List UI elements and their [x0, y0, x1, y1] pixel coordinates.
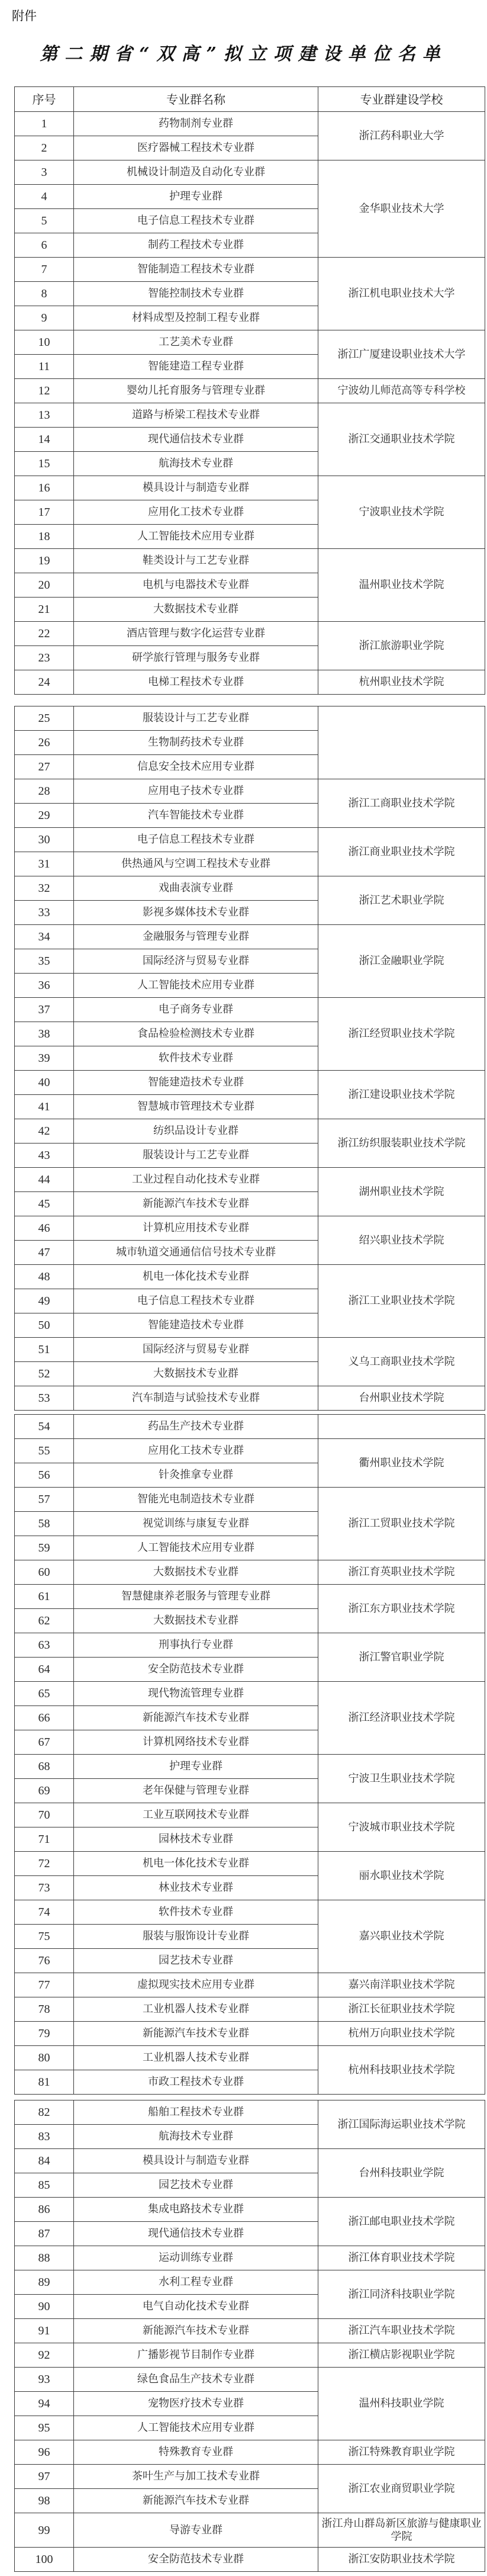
program-group-name: 航海技术专业群	[74, 452, 318, 476]
row-number: 46	[15, 1216, 74, 1241]
table-row: 37电子商务专业群浙江经贸职业技术学院	[15, 998, 485, 1022]
program-group-name: 酒店管理与数字化运营专业群	[74, 622, 318, 646]
table-row: 1药物制剂专业群浙江药科职业大学	[15, 112, 485, 136]
program-group-name: 鞋类设计与工艺专业群	[74, 549, 318, 573]
row-number: 64	[15, 1658, 74, 1682]
program-group-name: 道路与桥梁工程技术专业群	[74, 403, 318, 428]
program-group-name: 人工智能技术应用专业群	[74, 974, 318, 998]
school-name: 绍兴职业技术学院	[318, 1216, 485, 1265]
program-group-name: 国际经济与贸易专业群	[74, 949, 318, 974]
table-row: 16模具设计与制造专业群宁波职业技术学院	[15, 476, 485, 500]
row-number: 62	[15, 1609, 74, 1633]
row-number: 13	[15, 403, 74, 428]
program-group-name: 医疗器械工程技术专业群	[74, 136, 318, 160]
table-row: 99导游专业群浙江舟山群岛新区旅游与健康职业学院	[15, 2513, 485, 2548]
table-row: 84模具设计与制造专业群台州科技职业学院	[15, 2149, 485, 2173]
table-row: 54药品生产技术专业群	[15, 1415, 485, 1439]
school-name: 浙江工业职业技术学院	[318, 1265, 485, 1338]
school-name: 浙江汽车职业技术学院	[318, 2319, 485, 2343]
table-row: 51国际经济与贸易专业群义乌工商职业技术学院	[15, 1338, 485, 1362]
program-group-name: 工业机器人技术专业群	[74, 1997, 318, 2022]
program-group-name: 航海技术专业群	[74, 2125, 318, 2149]
row-number: 54	[15, 1415, 74, 1439]
row-number: 50	[15, 1313, 74, 1338]
school-name: 杭州万向职业技术学院	[318, 2022, 485, 2046]
program-group-name: 现代物流管理专业群	[74, 1682, 318, 1706]
program-group-name: 智能建造技术专业群	[74, 1313, 318, 1338]
table-row: 46计算机应用技术专业群绍兴职业技术学院	[15, 1216, 485, 1241]
row-number: 76	[15, 1949, 74, 1973]
school-name: 浙江同济科技职业学院	[318, 2270, 485, 2319]
program-group-name: 新能源汽车技术专业群	[74, 2319, 318, 2343]
program-group-name: 婴幼儿托育服务与管理专业群	[74, 379, 318, 403]
program-group-name: 电子商务专业群	[74, 998, 318, 1022]
school-table-page-4: 82船舶工程技术专业群浙江国际海运职业技术学院83航海技术专业群84模具设计与制…	[14, 2100, 485, 2572]
row-number: 40	[15, 1071, 74, 1095]
program-group-name: 智能控制技术专业群	[74, 282, 318, 306]
school-name: 杭州科技职业技术学院	[318, 2046, 485, 2095]
program-group-name: 现代通信技术专业群	[74, 2222, 318, 2246]
school-name: 浙江工贸职业技术学院	[318, 1488, 485, 1560]
program-group-name: 软件技术专业群	[74, 1900, 318, 1925]
row-number: 99	[15, 2513, 74, 2548]
row-number: 51	[15, 1338, 74, 1362]
row-number: 80	[15, 2046, 74, 2070]
row-number: 8	[15, 282, 74, 306]
program-group-name: 老年保健与管理专业群	[74, 1779, 318, 1803]
program-group-name: 城市轨道交通通信信号技术专业群	[74, 1241, 318, 1265]
row-number: 63	[15, 1633, 74, 1658]
row-number: 100	[15, 2548, 74, 2572]
school-name: 嘉兴职业技术学院	[318, 1900, 485, 1973]
program-group-name: 虚拟现实技术应用专业群	[74, 1973, 318, 1997]
program-group-name: 工业互联网技术专业群	[74, 1803, 318, 1827]
school-name: 浙江经贸职业技术学院	[318, 998, 485, 1071]
program-group-name: 茶叶生产与加工技术专业群	[74, 2465, 318, 2489]
table-row: 92广播影视节目制作专业群浙江横店影视职业学院	[15, 2343, 485, 2368]
program-group-name: 计算机网络技术专业群	[74, 1730, 318, 1755]
program-group-name: 大数据技术专业群	[74, 1560, 318, 1585]
program-group-name: 软件技术专业群	[74, 1046, 318, 1071]
row-number: 72	[15, 1852, 74, 1876]
row-number: 67	[15, 1730, 74, 1755]
table-row: 3机械设计制造及自动化专业群金华职业技术大学	[15, 160, 485, 185]
row-number: 9	[15, 306, 74, 330]
program-group-name: 材料成型及控制工程专业群	[74, 306, 318, 330]
program-group-name: 大数据技术专业群	[74, 598, 318, 622]
school-name: 浙江特殊教育职业学院	[318, 2440, 485, 2465]
school-name: 湖州职业技术学院	[318, 1168, 485, 1216]
table-row: 57智能光电制造技术专业群浙江工贸职业技术学院	[15, 1488, 485, 1512]
program-group-name: 汽车智能技术专业群	[74, 804, 318, 828]
row-number: 90	[15, 2295, 74, 2319]
program-group-name: 船舶工程技术专业群	[74, 2100, 318, 2125]
table-row: 88运动训练专业群浙江体育职业技术学院	[15, 2246, 485, 2270]
program-group-name: 林业技术专业群	[74, 1876, 318, 1900]
table-row: 10工艺美术专业群浙江广厦建设职业技术大学	[15, 330, 485, 355]
program-group-name: 新能源汽车技术专业群	[74, 1192, 318, 1216]
school-name: 温州科技职业学院	[318, 2368, 485, 2440]
program-group-name: 生物制药技术专业群	[74, 731, 318, 755]
row-number: 95	[15, 2416, 74, 2440]
school-name: 浙江体育职业技术学院	[318, 2246, 485, 2270]
row-number: 30	[15, 828, 74, 852]
table-row: 93绿色食品生产技术专业群温州科技职业学院	[15, 2368, 485, 2392]
row-number: 58	[15, 1512, 74, 1536]
program-group-name: 服装设计与工艺专业群	[74, 1144, 318, 1168]
school-name: 浙江横店影视职业学院	[318, 2343, 485, 2368]
school-name: 宁波城市职业技术学院	[318, 1803, 485, 1852]
table-row: 25服装设计与工艺专业群	[15, 706, 485, 731]
row-number: 57	[15, 1488, 74, 1512]
row-number: 10	[15, 330, 74, 355]
program-group-name: 汽车制造与试验技术专业群	[74, 1386, 318, 1411]
table-row: 53汽车制造与试验技术专业群台州职业技术学院	[15, 1386, 485, 1411]
row-number: 37	[15, 998, 74, 1022]
school-name: 浙江农业商贸职业学院	[318, 2465, 485, 2513]
program-group-name: 服装与服饰设计专业群	[74, 1925, 318, 1949]
attachment-label: 附件	[12, 7, 37, 24]
table-row: 32戏曲表演专业群浙江艺术职业学院	[15, 876, 485, 901]
school-name: 宁波卫生职业技术学院	[318, 1755, 485, 1803]
table-row: 22酒店管理与数字化运营专业群浙江旅游职业学院	[15, 622, 485, 646]
row-number: 1	[15, 112, 74, 136]
row-number: 42	[15, 1119, 74, 1144]
program-group-name: 模具设计与制造专业群	[74, 476, 318, 500]
header-program-group: 专业群名称	[74, 87, 318, 112]
row-number: 56	[15, 1463, 74, 1488]
program-group-name: 人工智能技术应用专业群	[74, 1536, 318, 1560]
row-number: 91	[15, 2319, 74, 2343]
program-group-name: 电气自动化技术专业群	[74, 2295, 318, 2319]
table-row: 74软件技术专业群嘉兴职业技术学院	[15, 1900, 485, 1925]
row-number: 81	[15, 2070, 74, 2095]
row-number: 68	[15, 1755, 74, 1779]
row-number: 7	[15, 258, 74, 282]
school-name: 浙江东方职业技术学院	[318, 1585, 485, 1633]
row-number: 86	[15, 2198, 74, 2222]
row-number: 82	[15, 2100, 74, 2125]
school-name: 浙江商业职业技术学院	[318, 828, 485, 876]
header-number: 序号	[15, 87, 74, 112]
row-number: 18	[15, 525, 74, 549]
row-number: 45	[15, 1192, 74, 1216]
table-row: 61智慧健康养老服务与管理专业群浙江东方职业技术学院	[15, 1585, 485, 1609]
table-row: 65现代物流管理专业群浙江经济职业技术学院	[15, 1682, 485, 1706]
program-group-name: 应用电子技术专业群	[74, 779, 318, 804]
row-number: 38	[15, 1022, 74, 1046]
row-number: 59	[15, 1536, 74, 1560]
program-group-name: 针灸推拿专业群	[74, 1463, 318, 1488]
school-name: 浙江金融职业学院	[318, 925, 485, 998]
school-name: 浙江警官职业学院	[318, 1633, 485, 1682]
row-number: 71	[15, 1827, 74, 1852]
school-name: 浙江邮电职业技术学院	[318, 2198, 485, 2246]
school-name: 浙江交通职业技术学院	[318, 403, 485, 476]
program-group-name: 智能建造技术专业群	[74, 1071, 318, 1095]
program-group-name: 智慧城市管理技术专业群	[74, 1095, 318, 1119]
row-number: 34	[15, 925, 74, 949]
row-number: 23	[15, 646, 74, 670]
row-number: 14	[15, 428, 74, 452]
row-number: 5	[15, 209, 74, 233]
program-group-name: 绿色食品生产技术专业群	[74, 2368, 318, 2392]
school-name: 金华职业技术大学	[318, 160, 485, 258]
school-table-page-3: 54药品生产技术专业群55应用化工技术专业群衢州职业技术学院56针灸推拿专业群5…	[14, 1414, 485, 2095]
program-group-name: 刑事执行专业群	[74, 1633, 318, 1658]
row-number: 73	[15, 1876, 74, 1900]
row-number: 85	[15, 2173, 74, 2198]
row-number: 89	[15, 2270, 74, 2295]
school-name: 浙江艺术职业学院	[318, 876, 485, 925]
table-row: 72机电一体化技术专业群丽水职业技术学院	[15, 1852, 485, 1876]
school-name: 台州职业技术学院	[318, 1386, 485, 1411]
program-group-name: 纺织品设计专业群	[74, 1119, 318, 1144]
program-group-name: 供热通风与空调工程技术专业群	[74, 852, 318, 876]
program-group-name: 机电一体化技术专业群	[74, 1852, 318, 1876]
row-number: 78	[15, 1997, 74, 2022]
row-number: 55	[15, 1439, 74, 1463]
row-number: 24	[15, 670, 74, 695]
school-name: 浙江安防职业技术学院	[318, 2548, 485, 2572]
row-number: 25	[15, 706, 74, 731]
row-number: 28	[15, 779, 74, 804]
table-row: 7智能制造工程技术专业群浙江机电职业技术大学	[15, 258, 485, 282]
row-number: 22	[15, 622, 74, 646]
program-group-name: 工业机器人技术专业群	[74, 2046, 318, 2070]
school-name: 浙江育英职业技术学院	[318, 1560, 485, 1585]
row-number: 21	[15, 598, 74, 622]
school-name: 浙江长征职业技术学院	[318, 1997, 485, 2022]
table-row: 40智能建造技术专业群浙江建设职业技术学院	[15, 1071, 485, 1095]
row-number: 19	[15, 549, 74, 573]
school-name: 衢州职业技术学院	[318, 1439, 485, 1488]
school-name: 嘉兴南洋职业技术学院	[318, 1973, 485, 1997]
program-group-name: 现代通信技术专业群	[74, 428, 318, 452]
table-row: 79新能源汽车技术专业群杭州万向职业技术学院	[15, 2022, 485, 2046]
table-row: 89水利工程专业群浙江同济科技职业学院	[15, 2270, 485, 2295]
table-row: 30电子信息工程技术专业群浙江商业职业技术学院	[15, 828, 485, 852]
program-group-name: 大数据技术专业群	[74, 1362, 318, 1386]
program-group-name: 电子信息工程技术专业群	[74, 1289, 318, 1313]
program-group-name: 智慧健康养老服务与管理专业群	[74, 1585, 318, 1609]
program-group-name: 新能源汽车技术专业群	[74, 1706, 318, 1730]
row-number: 16	[15, 476, 74, 500]
table-row: 96特殊教育专业群浙江特殊教育职业学院	[15, 2440, 485, 2465]
program-group-name: 研学旅行管理与服务专业群	[74, 646, 318, 670]
school-name: 台州科技职业学院	[318, 2149, 485, 2198]
school-name: 浙江机电职业技术大学	[318, 258, 485, 330]
table-row: 42纺织品设计专业群浙江纺织服装职业技术学院	[15, 1119, 485, 1144]
program-group-name: 园林技术专业群	[74, 1827, 318, 1852]
program-group-name: 特殊教育专业群	[74, 2440, 318, 2465]
program-group-name: 导游专业群	[74, 2513, 318, 2548]
table-row: 78工业机器人技术专业群浙江长征职业技术学院	[15, 1997, 485, 2022]
program-group-name: 安全防范技术专业群	[74, 1658, 318, 1682]
row-number: 96	[15, 2440, 74, 2465]
program-group-name: 戏曲表演专业群	[74, 876, 318, 901]
row-number: 11	[15, 355, 74, 379]
row-number: 33	[15, 901, 74, 925]
program-group-name: 园艺技术专业群	[74, 1949, 318, 1973]
row-number: 69	[15, 1779, 74, 1803]
program-group-name: 视觉训练与康复专业群	[74, 1512, 318, 1536]
program-group-name: 国际经济与贸易专业群	[74, 1338, 318, 1362]
program-group-name: 护理专业群	[74, 1755, 318, 1779]
table-row: 13道路与桥梁工程技术专业群浙江交通职业技术学院	[15, 403, 485, 428]
row-number: 15	[15, 452, 74, 476]
program-group-name: 影视多媒体技术专业群	[74, 901, 318, 925]
program-group-name: 模具设计与制造专业群	[74, 2149, 318, 2173]
table-row: 28应用电子技术专业群浙江工商职业技术学院	[15, 779, 485, 804]
row-number: 44	[15, 1168, 74, 1192]
row-number: 35	[15, 949, 74, 974]
row-number: 47	[15, 1241, 74, 1265]
program-group-name: 工艺美术专业群	[74, 330, 318, 355]
row-number: 94	[15, 2392, 74, 2416]
school-name	[318, 1415, 485, 1439]
program-group-name: 安全防范技术专业群	[74, 2548, 318, 2572]
program-group-name: 大数据技术专业群	[74, 1609, 318, 1633]
row-number: 6	[15, 233, 74, 258]
row-number: 4	[15, 185, 74, 209]
program-group-name: 金融服务与管理专业群	[74, 925, 318, 949]
school-name: 浙江广厦建设职业技术大学	[318, 330, 485, 379]
program-group-name: 新能源汽车技术专业群	[74, 2022, 318, 2046]
table-row: 44工业过程自动化技术专业群湖州职业技术学院	[15, 1168, 485, 1192]
row-number: 65	[15, 1682, 74, 1706]
table-row: 68护理专业群宁波卫生职业技术学院	[15, 1755, 485, 1779]
table-row: 55应用化工技术专业群衢州职业技术学院	[15, 1439, 485, 1463]
row-number: 74	[15, 1900, 74, 1925]
header-school: 专业群建设学校	[318, 87, 485, 112]
school-name: 浙江舟山群岛新区旅游与健康职业学院	[318, 2513, 485, 2548]
row-number: 52	[15, 1362, 74, 1386]
row-number: 93	[15, 2368, 74, 2392]
program-group-name: 计算机应用技术专业群	[74, 1216, 318, 1241]
row-number: 66	[15, 1706, 74, 1730]
row-number: 12	[15, 379, 74, 403]
program-group-name: 电子信息工程技术专业群	[74, 209, 318, 233]
row-number: 29	[15, 804, 74, 828]
program-group-name: 电梯工程技术专业群	[74, 670, 318, 695]
program-group-name: 服装设计与工艺专业群	[74, 706, 318, 731]
page-title: 第二期省“双高”拟立项建设单位名单	[0, 39, 487, 65]
row-number: 70	[15, 1803, 74, 1827]
table-row: 12婴幼儿托育服务与管理专业群宁波幼儿师范高等专科学校	[15, 379, 485, 403]
row-number: 53	[15, 1386, 74, 1411]
table-row: 60大数据技术专业群浙江育英职业技术学院	[15, 1560, 485, 1585]
table-row: 24电梯工程技术专业群杭州职业技术学院	[15, 670, 485, 695]
program-group-name: 工业过程自动化技术专业群	[74, 1168, 318, 1192]
table-row: 63刑事执行专业群浙江警官职业学院	[15, 1633, 485, 1658]
program-group-name: 药物制剂专业群	[74, 112, 318, 136]
table-row: 82船舶工程技术专业群浙江国际海运职业技术学院	[15, 2100, 485, 2125]
school-name: 宁波幼儿师范高等专科学校	[318, 379, 485, 403]
row-number: 75	[15, 1925, 74, 1949]
program-group-name: 智能建造工程专业群	[74, 355, 318, 379]
school-name: 丽水职业技术学院	[318, 1852, 485, 1900]
row-number: 2	[15, 136, 74, 160]
table-row: 77虚拟现实技术应用专业群嘉兴南洋职业技术学院	[15, 1973, 485, 1997]
school-name: 浙江工商职业技术学院	[318, 779, 485, 828]
program-group-name: 应用化工技术专业群	[74, 500, 318, 525]
row-number: 48	[15, 1265, 74, 1289]
row-number: 83	[15, 2125, 74, 2149]
table-row: 91新能源汽车技术专业群浙江汽车职业技术学院	[15, 2319, 485, 2343]
school-name: 浙江旅游职业学院	[318, 622, 485, 670]
school-name	[318, 706, 485, 779]
row-number: 43	[15, 1144, 74, 1168]
program-group-name: 信息安全技术应用专业群	[74, 755, 318, 779]
row-number: 26	[15, 731, 74, 755]
table-row: 97茶叶生产与加工技术专业群浙江农业商贸职业学院	[15, 2465, 485, 2489]
row-number: 84	[15, 2149, 74, 2173]
program-group-name: 集成电路技术专业群	[74, 2198, 318, 2222]
row-number: 31	[15, 852, 74, 876]
row-number: 61	[15, 1585, 74, 1609]
program-group-name: 人工智能技术应用专业群	[74, 2416, 318, 2440]
program-group-name: 市政工程技术专业群	[74, 2070, 318, 2095]
table-row: 86集成电路技术专业群浙江邮电职业技术学院	[15, 2198, 485, 2222]
row-number: 92	[15, 2343, 74, 2368]
row-number: 97	[15, 2465, 74, 2489]
table-header-row: 序号专业群名称专业群建设学校	[15, 87, 485, 112]
row-number: 49	[15, 1289, 74, 1313]
row-number: 39	[15, 1046, 74, 1071]
program-group-name: 人工智能技术应用专业群	[74, 525, 318, 549]
table-row: 100安全防范技术专业群浙江安防职业技术学院	[15, 2548, 485, 2572]
school-name: 浙江药科职业大学	[318, 112, 485, 160]
school-name: 杭州职业技术学院	[318, 670, 485, 695]
row-number: 88	[15, 2246, 74, 2270]
program-group-name: 电子信息工程技术专业群	[74, 828, 318, 852]
row-number: 60	[15, 1560, 74, 1585]
row-number: 98	[15, 2489, 74, 2513]
program-group-name: 电机与电器技术专业群	[74, 573, 318, 598]
row-number: 36	[15, 974, 74, 998]
row-number: 77	[15, 1973, 74, 1997]
table-row: 48机电一体化技术专业群浙江工业职业技术学院	[15, 1265, 485, 1289]
program-group-name: 运动训练专业群	[74, 2246, 318, 2270]
table-row: 34金融服务与管理专业群浙江金融职业学院	[15, 925, 485, 949]
program-group-name: 护理专业群	[74, 185, 318, 209]
program-group-name: 食品检验检测技术专业群	[74, 1022, 318, 1046]
row-number: 20	[15, 573, 74, 598]
program-group-name: 制药工程技术专业群	[74, 233, 318, 258]
program-group-name: 机电一体化技术专业群	[74, 1265, 318, 1289]
program-group-name: 药品生产技术专业群	[74, 1415, 318, 1439]
program-group-name: 水利工程专业群	[74, 2270, 318, 2295]
school-table-page-2: 25服装设计与工艺专业群26生物制药技术专业群27信息安全技术应用专业群28应用…	[14, 706, 485, 1411]
program-group-name: 智能制造工程技术专业群	[74, 258, 318, 282]
program-group-name: 园艺技术专业群	[74, 2173, 318, 2198]
school-name: 浙江纺织服装职业技术学院	[318, 1119, 485, 1168]
row-number: 41	[15, 1095, 74, 1119]
school-name: 浙江经济职业技术学院	[318, 1682, 485, 1755]
program-group-name: 应用化工技术专业群	[74, 1439, 318, 1463]
school-name: 温州职业技术学院	[318, 549, 485, 622]
row-number: 79	[15, 2022, 74, 2046]
row-number: 27	[15, 755, 74, 779]
row-number: 87	[15, 2222, 74, 2246]
school-name: 宁波职业技术学院	[318, 476, 485, 549]
school-table-page-1: 序号专业群名称专业群建设学校1药物制剂专业群浙江药科职业大学2医疗器械工程技术专…	[14, 86, 485, 695]
school-name: 浙江国际海运职业技术学院	[318, 2100, 485, 2149]
program-group-name: 新能源汽车技术专业群	[74, 2489, 318, 2513]
row-number: 17	[15, 500, 74, 525]
school-name: 浙江建设职业技术学院	[318, 1071, 485, 1119]
